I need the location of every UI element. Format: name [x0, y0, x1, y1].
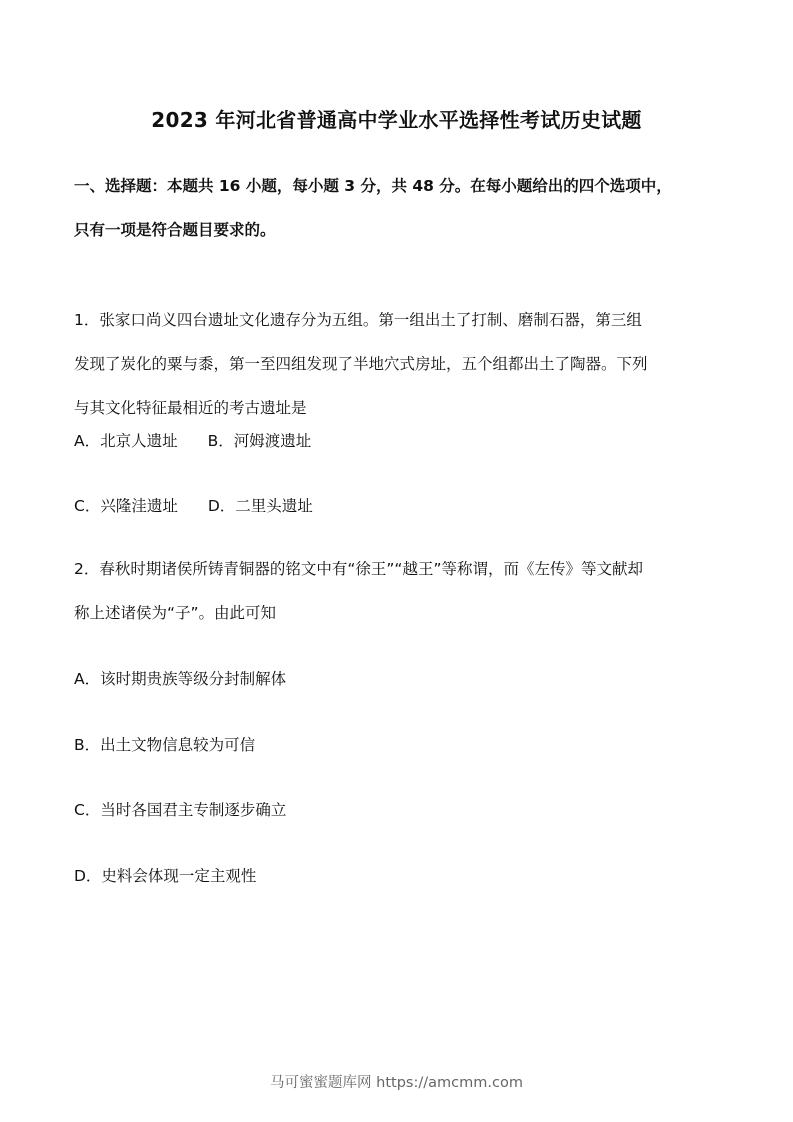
- option-d: D．史料会体现一定主观性: [74, 864, 256, 886]
- option-c: C．当时各国君主专制逐步确立: [74, 798, 286, 820]
- footer-watermark: 马可蜜蜜题库网 https://amcmm.com: [0, 1071, 793, 1092]
- option-c: C．兴隆洼遗址: [74, 497, 178, 515]
- question-1-options-row-2: C．兴隆洼遗址D．二里头遗址: [74, 494, 313, 516]
- question-line: 发现了炭化的粟与黍，第一至四组发现了半地穴式房址，五个组都出土了陶器。下列: [74, 342, 734, 386]
- page-title: 2023 年河北省普通高中学业水平选择性考试历史试题: [0, 104, 793, 133]
- option-d: D．二里头遗址: [208, 497, 313, 515]
- question-1-options-row-1: A．北京人遗址B．河姆渡遗址: [74, 429, 311, 451]
- question-1-stem: 1．张家口尚义四台遗址文化遗存分为五组。第一组出土了打制、磨制石器，第三组 发现…: [74, 298, 734, 430]
- section-heading-line: 一、选择题：本题共 16 小题，每小题 3 分，共 48 分。在每小题给出的四个…: [74, 164, 734, 208]
- section-heading-line: 只有一项是符合题目要求的。: [74, 208, 734, 252]
- option-a: A．北京人遗址: [74, 432, 178, 450]
- question-2-stem: 2．春秋时期诸侯所铸青铜器的铭文中有“徐王”“越王”等称谓，而《左传》等文献却 …: [74, 547, 734, 635]
- option-a: A．该时期贵族等级分封制解体: [74, 667, 286, 689]
- question-line: 2．春秋时期诸侯所铸青铜器的铭文中有“徐王”“越王”等称谓，而《左传》等文献却: [74, 547, 734, 591]
- question-line: 与其文化特征最相近的考古遗址是: [74, 386, 734, 430]
- section-heading: 一、选择题：本题共 16 小题，每小题 3 分，共 48 分。在每小题给出的四个…: [74, 164, 734, 252]
- option-b: B．出土文物信息较为可信: [74, 733, 255, 755]
- option-b: B．河姆渡遗址: [208, 432, 312, 450]
- question-line: 1．张家口尚义四台遗址文化遗存分为五组。第一组出土了打制、磨制石器，第三组: [74, 298, 734, 342]
- question-line: 称上述诸侯为“子”。由此可知: [74, 591, 734, 635]
